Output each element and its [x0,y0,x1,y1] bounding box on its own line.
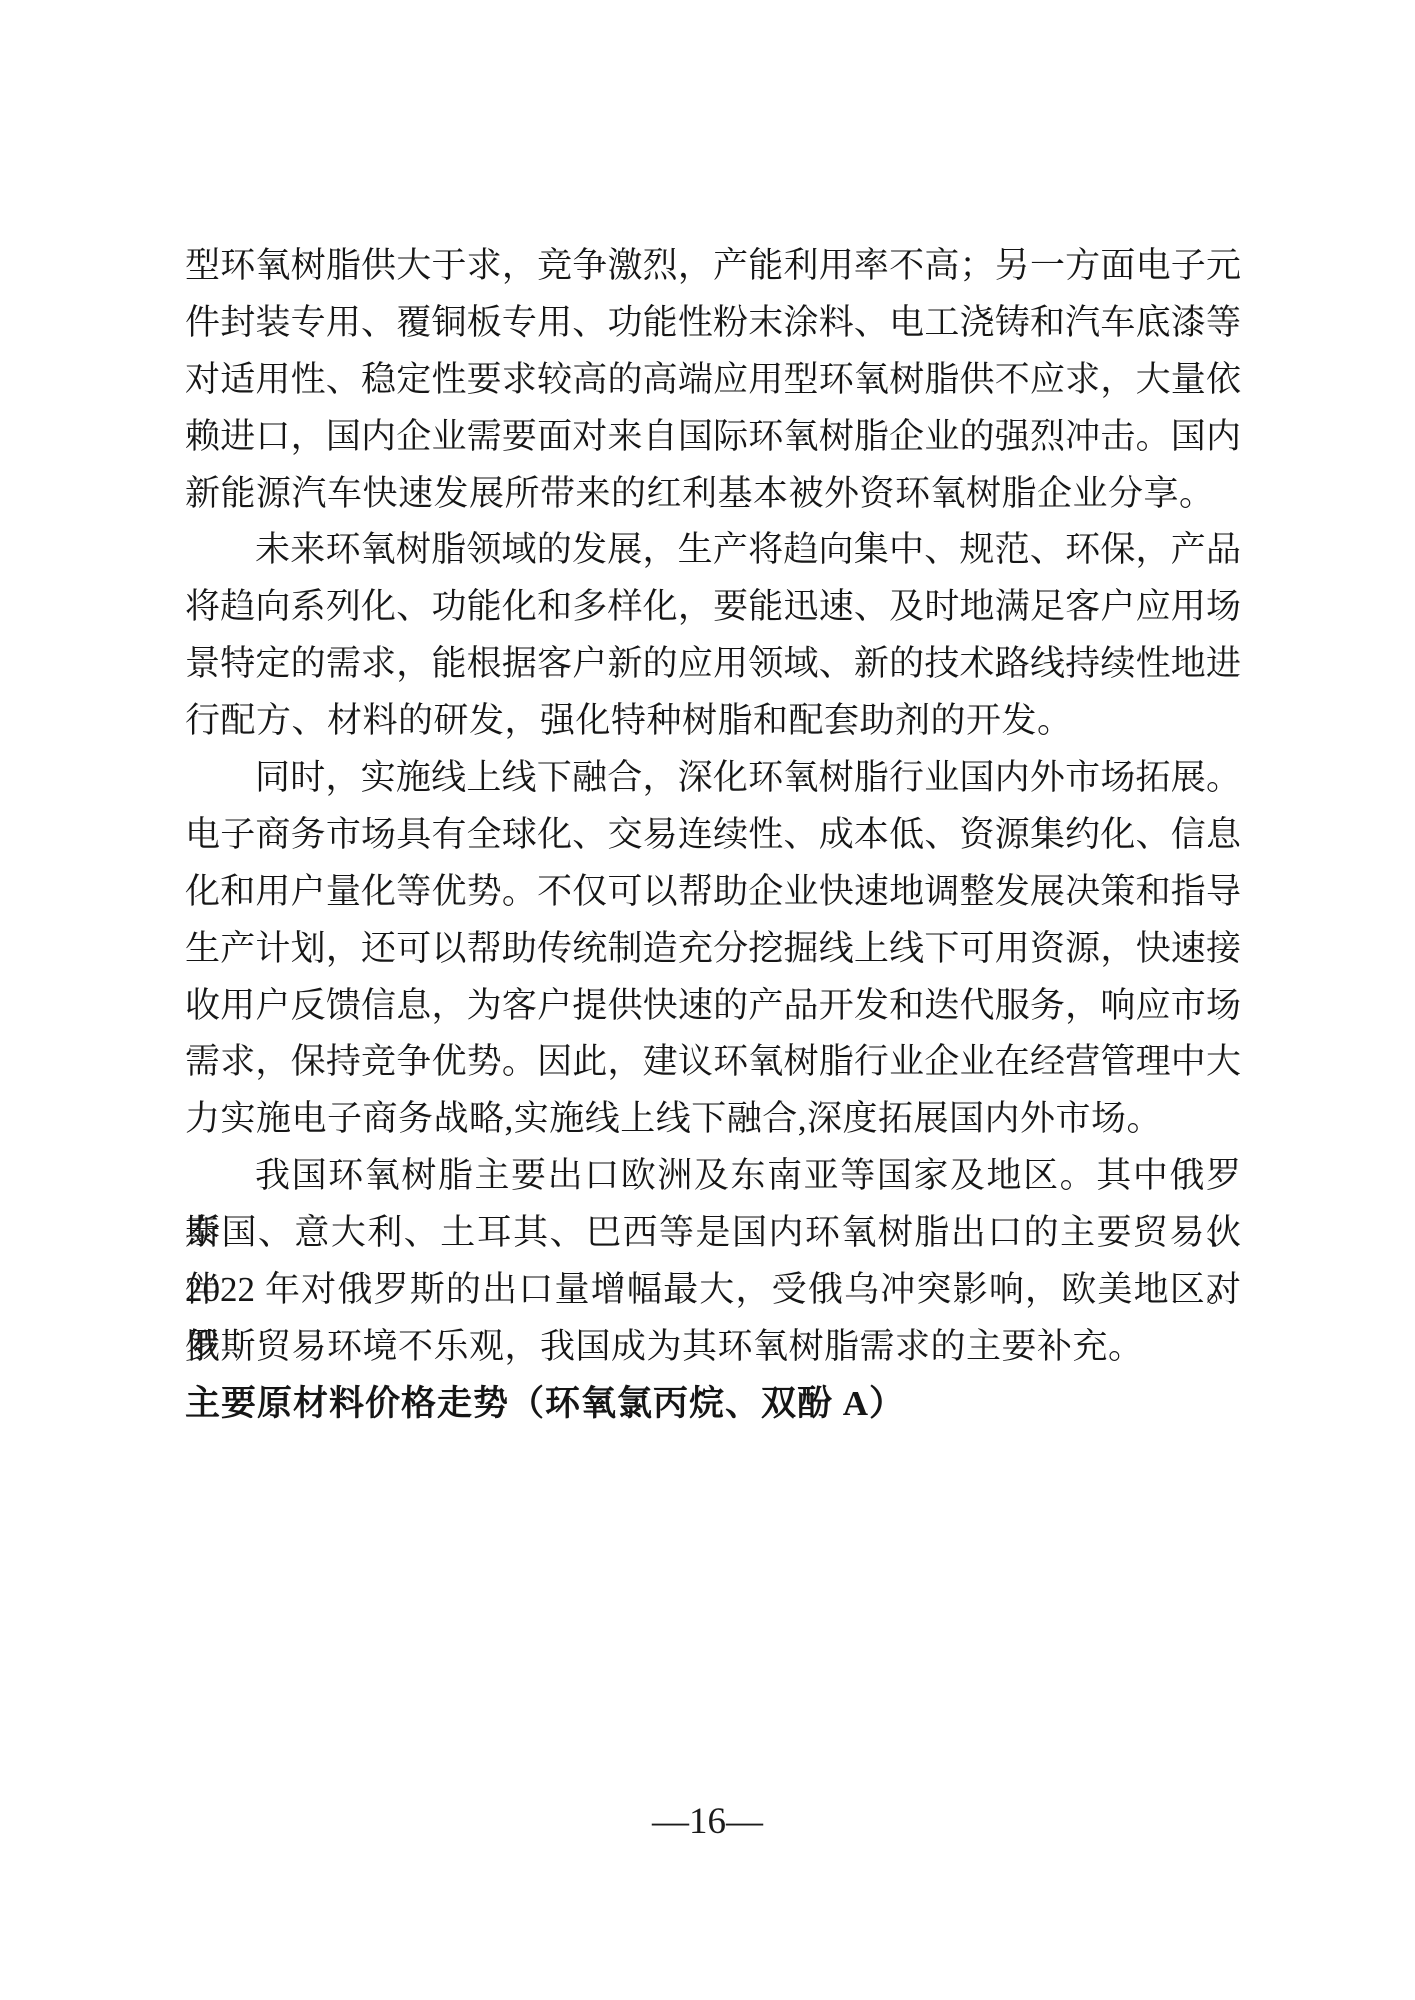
text-line: 我国环氧树脂主要出口欧洲及东南亚等国家及地区。其中俄罗斯、 [185,1148,1241,1205]
document-page: 型环氧树脂供大于求，竞争激烈，产能利用率不高；另一方面电子元件封装专用、覆铜板专… [0,0,1415,2000]
text-line: 对适用性、稳定性要求较高的高端应用型环氧树脂供不应求，大量依 [185,352,1241,409]
text-line: 罗斯贸易环境不乐观，我国成为其环氧树脂需求的主要补充。 [185,1319,1241,1376]
text-line: 同时，实施线上线下融合，深化环氧树脂行业国内外市场拓展。 [185,750,1241,807]
page-number: —16— [0,1800,1415,1844]
text-line: 2022 年对俄罗斯的出口量增幅最大，受俄乌冲突影响，欧美地区对俄 [185,1262,1241,1319]
text-line: 电子商务市场具有全球化、交易连续性、成本低、资源集约化、信息 [185,807,1241,864]
text-line: 力实施电子商务战略,实施线上线下融合,深度拓展国内外市场。 [185,1091,1241,1148]
text-line: 需求，保持竞争优势。因此，建议环氧树脂行业企业在经营管理中大 [185,1034,1241,1091]
text-line: 泰国、意大利、土耳其、巴西等是国内环氧树脂出口的主要贸易伙伴。 [185,1205,1241,1262]
section-heading: 主要原材料价格走势（环氧氯丙烷、双酚 A） [185,1376,1241,1433]
text-line: 行配方、材料的研发，强化特种树脂和配套助剂的开发。 [185,693,1241,750]
text-line: 将趋向系列化、功能化和多样化，要能迅速、及时地满足客户应用场 [185,579,1241,636]
text-line: 型环氧树脂供大于求，竞争激烈，产能利用率不高；另一方面电子元 [185,238,1241,295]
text-line: 新能源汽车快速发展所带来的红利基本被外资环氧树脂企业分享。 [185,466,1241,523]
text-line: 未来环氧树脂领域的发展，生产将趋向集中、规范、环保，产品 [185,522,1241,579]
text-line: 件封装专用、覆铜板专用、功能性粉末涂料、电工浇铸和汽车底漆等 [185,295,1241,352]
document-body: 型环氧树脂供大于求，竞争激烈，产能利用率不高；另一方面电子元件封装专用、覆铜板专… [185,238,1241,1433]
text-line: 赖进口，国内企业需要面对来自国际环氧树脂企业的强烈冲击。国内 [185,409,1241,466]
text-line: 化和用户量化等优势。不仅可以帮助企业快速地调整发展决策和指导 [185,864,1241,921]
text-line: 生产计划，还可以帮助传统制造充分挖掘线上线下可用资源，快速接 [185,921,1241,978]
text-line: 收用户反馈信息，为客户提供快速的产品开发和迭代服务，响应市场 [185,978,1241,1035]
text-line: 景特定的需求，能根据客户新的应用领域、新的技术路线持续性地进 [185,636,1241,693]
